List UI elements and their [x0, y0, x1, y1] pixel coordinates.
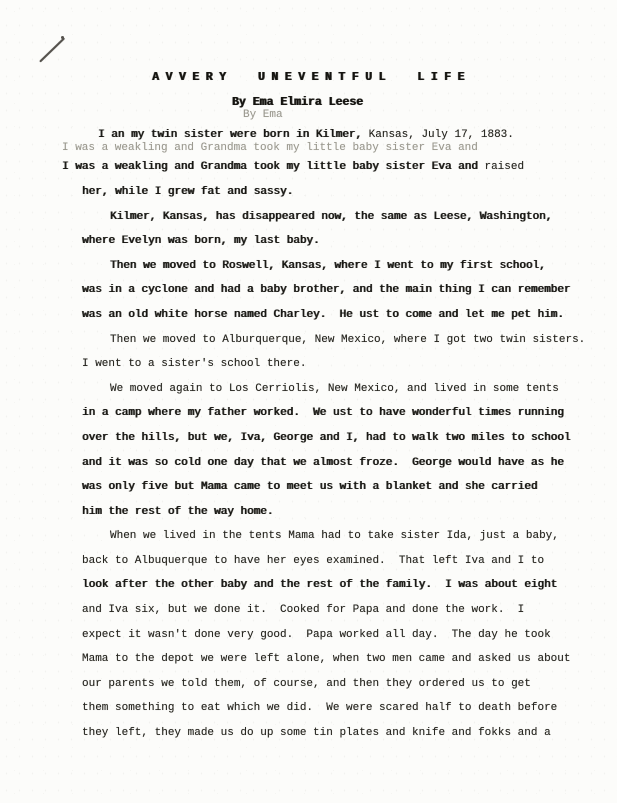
- line-segment: was an old white horse named Charley. He…: [82, 309, 564, 321]
- typewritten-line: back to Albuquerque to have her eyes exa…: [82, 549, 599, 574]
- typewritten-line: her, while I grew fat and sassy.: [82, 180, 599, 205]
- line-segment: was in a cyclone and had a baby brother,…: [82, 284, 570, 296]
- typewritten-line: and Iva six, but we done it. Cooked for …: [82, 598, 599, 623]
- typewritten-line: over the hills, but we, Iva, George and …: [82, 426, 599, 451]
- typewritten-line: them something to eat which we did. We w…: [82, 696, 599, 721]
- typewritten-line: When we lived in the tents Mama had to t…: [110, 524, 599, 549]
- pencil-slash-mark-tip: [61, 36, 64, 39]
- line-segment: them something to eat which we did. We w…: [82, 702, 557, 714]
- line-segment: look after the other baby and the rest o…: [82, 579, 557, 591]
- line-segment: Then we moved to Roswell, Kansas, where …: [110, 260, 546, 272]
- line-segment: him the rest of the way home.: [82, 506, 273, 518]
- line-segment: expect it wasn't done very good. Papa wo…: [82, 629, 551, 641]
- typewritten-line: Then we moved to Alburquerque, New Mexic…: [110, 328, 599, 353]
- typewritten-line: they left, they made us do up some tin p…: [82, 721, 599, 746]
- typewritten-line: I was a weakling and Grandma took my lit…: [62, 142, 599, 155]
- line-segment: We moved again to Los Cerriolis, New Mex…: [110, 383, 559, 395]
- line-segment: her, while I grew fat and sassy.: [82, 186, 293, 198]
- scanned-document-page: AVVERY UNEVENTFUL LIFE By Ema Elmira Lee…: [0, 0, 617, 803]
- typewritten-line: was an old white horse named Charley. He…: [82, 303, 599, 328]
- line-segment: our parents we told them, of course, and…: [82, 678, 531, 690]
- line-segment: Kansas, July 17, 1883.: [362, 129, 514, 141]
- typewritten-line: our parents we told them, of course, and…: [82, 672, 599, 697]
- line-segment: over the hills, but we, Iva, George and …: [82, 432, 570, 444]
- typewritten-line: Mama to the depot we were left alone, wh…: [82, 647, 599, 672]
- line-segment: When we lived in the tents Mama had to t…: [110, 530, 559, 542]
- line-segment: I an my twin sister were born in Kilmer,: [98, 129, 362, 141]
- line-segment: back to Albuquerque to have her eyes exa…: [82, 555, 544, 567]
- line-segment: in a camp where my father worked. We ust…: [82, 407, 564, 419]
- typewritten-line: We moved again to Los Cerriolis, New Mex…: [110, 377, 599, 402]
- typewritten-line: was in a cyclone and had a baby brother,…: [82, 278, 599, 303]
- line-segment: and Iva six, but we done it. Cooked for …: [82, 604, 524, 616]
- document-title: AVVERY UNEVENTFUL LIFE: [6, 71, 617, 84]
- typewritten-line: look after the other baby and the rest o…: [82, 573, 599, 598]
- line-segment: was only five but Mama came to meet us w…: [82, 481, 537, 493]
- document-byline: By Ema Elmira Leese: [0, 96, 606, 109]
- typewritten-line: and it was so cold one day that we almos…: [82, 451, 599, 476]
- typewritten-line: where Evelyn was born, my last baby.: [82, 229, 599, 254]
- line-segment: I was a weakling and Grandma took my lit…: [62, 161, 478, 173]
- line-segment: Kilmer, Kansas, has disappeared now, the…: [110, 211, 552, 223]
- document-body: I an my twin sister were born in Kilmer,…: [82, 129, 599, 746]
- typewritten-line: I was a weakling and Grandma took my lit…: [62, 155, 599, 180]
- line-segment: I was a weakling and Grandma took my lit…: [62, 142, 478, 154]
- typewritten-line: expect it wasn't done very good. Papa wo…: [82, 623, 599, 648]
- typewritten-line: Kilmer, Kansas, has disappeared now, the…: [110, 205, 599, 230]
- line-segment: Mama to the depot we were left alone, wh…: [82, 653, 570, 665]
- pencil-slash-mark: [39, 37, 65, 62]
- typewritten-line: Then we moved to Roswell, Kansas, where …: [110, 254, 599, 279]
- line-segment: they left, they made us do up some tin p…: [82, 727, 551, 739]
- line-segment: raised: [478, 161, 524, 173]
- line-segment: Then we moved to Alburquerque, New Mexic…: [110, 334, 585, 346]
- line-segment: I went to a sister's school there.: [82, 358, 306, 370]
- document-byline-ghost: By Ema: [243, 109, 283, 121]
- typewritten-line: was only five but Mama came to meet us w…: [82, 475, 599, 500]
- typewritten-line: in a camp where my father worked. We ust…: [82, 401, 599, 426]
- line-segment: where Evelyn was born, my last baby.: [82, 235, 320, 247]
- typewritten-line: him the rest of the way home.: [82, 500, 599, 525]
- typewritten-line: I went to a sister's school there.: [82, 352, 599, 377]
- line-segment: and it was so cold one day that we almos…: [82, 457, 564, 469]
- typewritten-line: I an my twin sister were born in Kilmer,…: [98, 129, 599, 142]
